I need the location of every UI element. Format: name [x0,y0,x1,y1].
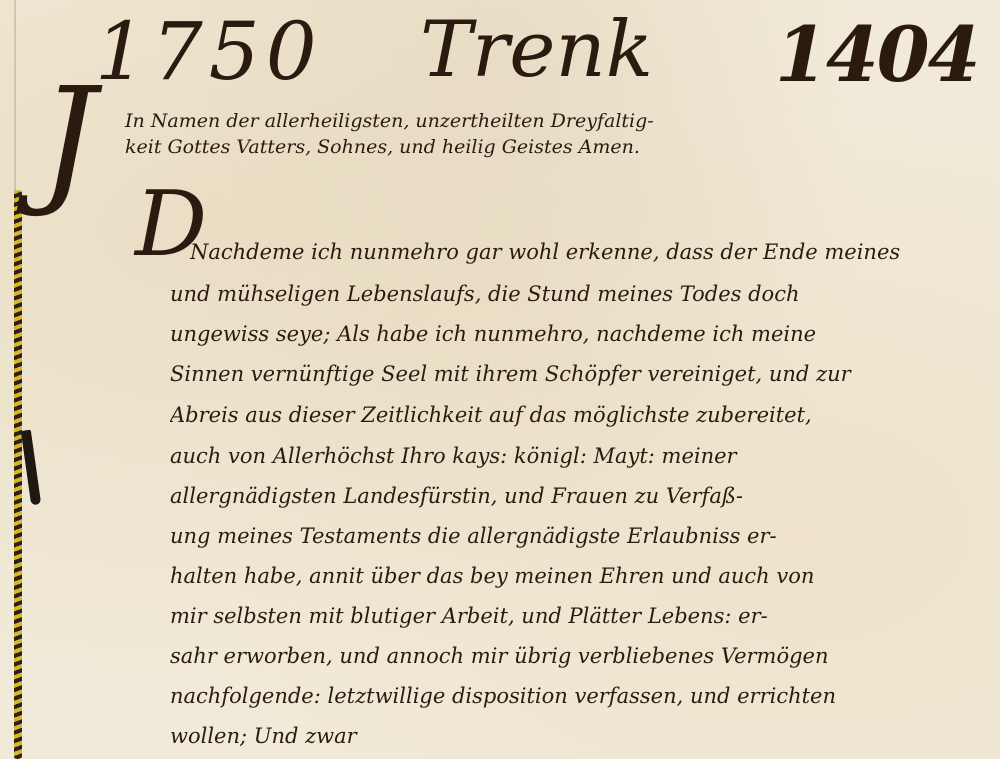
header-number: 1404 [775,10,979,99]
body-line: halten habe, annit über das bey meinen E… [170,564,970,588]
invocation-line-2: keit Gottes Vatters, Sohnes, und heilig … [95,134,1000,160]
body-line: auch von Allerhöchst Ihro kays: königl: … [170,444,970,468]
header-year: 1750 [95,5,323,98]
binding-cord [14,190,22,759]
invocation-initial: J [40,70,96,210]
body-line: ung meines Testaments die allergnädigste… [170,524,970,548]
body-line: Sinnen vernünftige Seel mit ihrem Schöpf… [170,362,970,386]
cord-tassel [21,430,41,506]
body-line: sahr erworben, und annoch mir übrig verb… [170,644,970,668]
header-name: Trenk [420,5,653,95]
body-line: und mühseligen Lebenslaufs, die Stund me… [170,282,970,306]
body-line: mir selbsten mit blutiger Arbeit, und Pl… [170,604,970,628]
body-line: Abreis aus dieser Zeitlichkeit auf das m… [170,403,970,427]
body-line: ungewiss seye; Als habe ich nunmehro, na… [170,322,970,346]
document-header: 1750 Trenk 1404 [0,5,1000,105]
body-line: nachfolgende: letztwillige disposition v… [170,684,970,708]
body-line: wollen; Und zwar [170,724,970,748]
invocation-line-1: In Namen der allerheiligsten, unzertheil… [95,108,1000,134]
body-line: allergnädigsten Landesfürstin, und Fraue… [170,484,970,508]
body-line: Nachdeme ich nunmehro gar wohl erkenne, … [190,240,990,264]
